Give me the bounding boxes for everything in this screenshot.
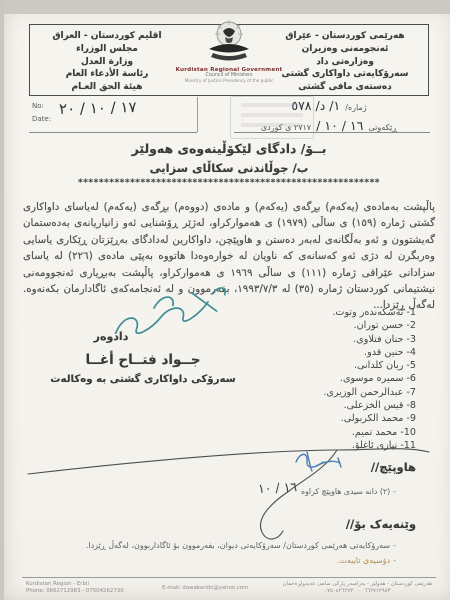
list-item: 5-ریان کلدانی. bbox=[222, 359, 412, 372]
item-name: قیس الخزعلی. bbox=[340, 400, 400, 411]
list-item: 2-حسن توران. bbox=[222, 319, 412, 332]
footer-address-en: Kurdistan Region - Erbil Phone: 06627129… bbox=[22, 581, 120, 595]
bullet-dash: - bbox=[389, 556, 392, 565]
signer-role: سەرۆکی داواکاری گشتی بە وەکالەت bbox=[28, 374, 250, 385]
ref-labels-en: No: Date: bbox=[28, 100, 47, 126]
item-number: 4- bbox=[402, 346, 412, 359]
list-item: 4-حنین قدو. bbox=[222, 346, 412, 359]
signer-title: دادوەر bbox=[0, 330, 218, 343]
item-number: 2- bbox=[402, 319, 412, 332]
item-name: محمد الکربولی. bbox=[337, 413, 400, 424]
item-number: 9- bbox=[402, 412, 412, 425]
scanned-letter-page: هەرێمی کوردستان - عێراق ئەنجومەنی وەزیرا… bbox=[0, 0, 450, 600]
bullet-dash: - bbox=[389, 487, 392, 496]
hdr-line: رئاسة الأدعاء العام bbox=[28, 68, 178, 81]
item-name: سمیرە موسوی. bbox=[336, 373, 400, 384]
ref-cell-border bbox=[193, 97, 194, 132]
ref-date-label: ڕێکەوتی bbox=[365, 123, 394, 132]
subject-re-line: ب/ جوڵاندنی سکاڵای سزایی bbox=[0, 161, 450, 175]
ref-divider-line bbox=[25, 132, 193, 133]
item-name: حنان فتلاوی. bbox=[349, 334, 399, 345]
item-number: 10- bbox=[396, 426, 412, 439]
copies-heading: وێنەیەک بۆ// bbox=[342, 517, 412, 531]
item-name: نیازی ئاغلۆ. bbox=[348, 440, 393, 451]
attachments-heading: هاوپێچ// bbox=[367, 460, 412, 474]
scan-edge bbox=[0, 0, 450, 14]
copies-item-2-text: دۆسیەی تایبەت. bbox=[333, 556, 386, 565]
list-item: 11-نیازی ئاغلۆ. bbox=[222, 439, 412, 452]
emblem-subtitle2-en: Ministry of Justice Presidency of the pu… bbox=[165, 78, 285, 83]
attachments-item: -(٢) دانە سیدی هاوپێچ کراوە bbox=[297, 487, 392, 496]
subject-block: بــۆ/ دادگای لێکۆڵینەوەی هەولێر ب/ جوڵان… bbox=[0, 141, 450, 188]
list-item: 10-محمد تمیم. bbox=[222, 426, 412, 439]
hdr-line: وزارة العدل bbox=[28, 56, 178, 69]
footer-region-en: Kurdistan Region - Erbil bbox=[22, 581, 120, 588]
footer-phone-en: Phone: 0662712983 - 07504262730 bbox=[22, 588, 120, 595]
item-number: 1- bbox=[402, 306, 412, 319]
list-item: 1-ئەسکەندەر وتوت. bbox=[222, 306, 412, 319]
signature-block: دادوەر جــواد فتــاح أغــا سەرۆکی داواکا… bbox=[28, 330, 250, 385]
no-label: No: bbox=[28, 100, 47, 113]
ref-date-handwritten: ١٦ / ١٠ / bbox=[312, 118, 359, 133]
footer-address-ku: هەرێمی کوردستان - هەولێر - بەرامبەر پارک… bbox=[279, 581, 428, 595]
letterhead-box: هەرێمی کوردستان - عێراق ئەنجومەنی وەزیرا… bbox=[25, 24, 425, 96]
hdr-line: وەزارەتی داد bbox=[262, 56, 420, 69]
signature-scribble-icon bbox=[92, 278, 242, 334]
list-item: 6-سمیرە موسوی. bbox=[222, 372, 412, 385]
faint-stamp bbox=[226, 96, 310, 139]
subject-to-line: بــۆ/ دادگای لێکۆڵینەوەی هەولێر bbox=[0, 141, 450, 156]
list-item: 9-محمد الکربولی. bbox=[222, 412, 412, 425]
item-name: حنین قدو. bbox=[360, 347, 399, 358]
footer-region-ku: هەرێمی کوردستان - هەولێر - بەرامبەر پارک… bbox=[279, 581, 428, 588]
item-number: 11- bbox=[396, 439, 412, 452]
bullet-dash: - bbox=[389, 541, 392, 550]
item-name: محمد تمیم. bbox=[348, 427, 394, 438]
item-name: حسن توران. bbox=[350, 320, 400, 331]
letterhead-kurdish-column: هەرێمی کوردستان - عێراق ئەنجومەنی وەزیرا… bbox=[262, 30, 420, 94]
footer-rule bbox=[18, 577, 432, 578]
hdr-line: سەرۆکایەتی داواکاری گشتی bbox=[262, 68, 420, 81]
footer-phone-ku: ٠٦٦٢٧١٢٩٨٣ - ٠٧٥٠٤٢٦٢٧٣٠ bbox=[279, 588, 428, 595]
copies-item-2: -دۆسیەی تایبەت. bbox=[333, 556, 392, 565]
asterisk-divider: ****************************************… bbox=[0, 178, 450, 188]
handwritten-attach-date: ١٦ / ١٠ bbox=[254, 479, 294, 496]
hdr-line: هەرێمی کوردستان - عێراق bbox=[262, 30, 420, 43]
item-name: عبدالرحمن الوزیری. bbox=[319, 387, 399, 398]
list-item: 3-حنان فتلاوی. bbox=[222, 333, 412, 346]
ref-number-label: ژمارە/ bbox=[341, 103, 362, 112]
copies-item-1-text: سەرۆکایەتی هەرێمی کوردستان/ سەرۆکایەتی د… bbox=[82, 541, 386, 550]
item-number: 6- bbox=[402, 372, 412, 385]
attachments-item-text: (٢) دانە سیدی هاوپێچ کراوە bbox=[297, 487, 386, 496]
hdr-line: مجلس الوزراء bbox=[28, 43, 178, 56]
signer-name: جــواد فتــاح أغــا bbox=[28, 352, 250, 368]
item-number: 5- bbox=[402, 359, 412, 372]
hdr-line: هيئة الحق العـام bbox=[28, 81, 178, 94]
krg-emblem: Kurdistan Regional Government Council of… bbox=[165, 17, 285, 83]
hdr-line: اقليم كوردستان - العراق bbox=[28, 30, 178, 43]
item-number: 7- bbox=[402, 386, 412, 399]
item-number: 3- bbox=[402, 333, 412, 346]
item-name: ئەسکەندەر وتوت. bbox=[328, 307, 399, 318]
krg-eagle-emblem-icon bbox=[199, 17, 251, 67]
item-name: ریان کلدانی. bbox=[350, 360, 399, 371]
letterhead-arabic-column: اقليم كوردستان - العراق مجلس الوزراء وزا… bbox=[28, 30, 178, 94]
blue-scribble-icon bbox=[292, 452, 337, 471]
accused-names-list: 1-ئەسکەندەر وتوت. 2-حسن توران. 3-حنان فت… bbox=[222, 306, 412, 452]
copies-item-1: -سەرۆکایەتی هەرێمی کوردستان/ سەرۆکایەتی … bbox=[82, 541, 392, 550]
date-label: Date: bbox=[28, 113, 47, 126]
hdr-line: دەستەی مافی گشتی bbox=[262, 81, 420, 94]
handwritten-date: ١٧ / ١٠ / ٢٠ bbox=[55, 98, 133, 118]
hdr-line: ئەنجومەنی وەزیران bbox=[262, 43, 420, 56]
list-item: 7-عبدالرحمن الوزیری. bbox=[222, 386, 412, 399]
item-number: 8- bbox=[402, 399, 412, 412]
list-item: 8-قیس الخزعلی. bbox=[222, 399, 412, 412]
footer-email: E-mail: dawakaridc@yahoo.com bbox=[158, 585, 244, 592]
